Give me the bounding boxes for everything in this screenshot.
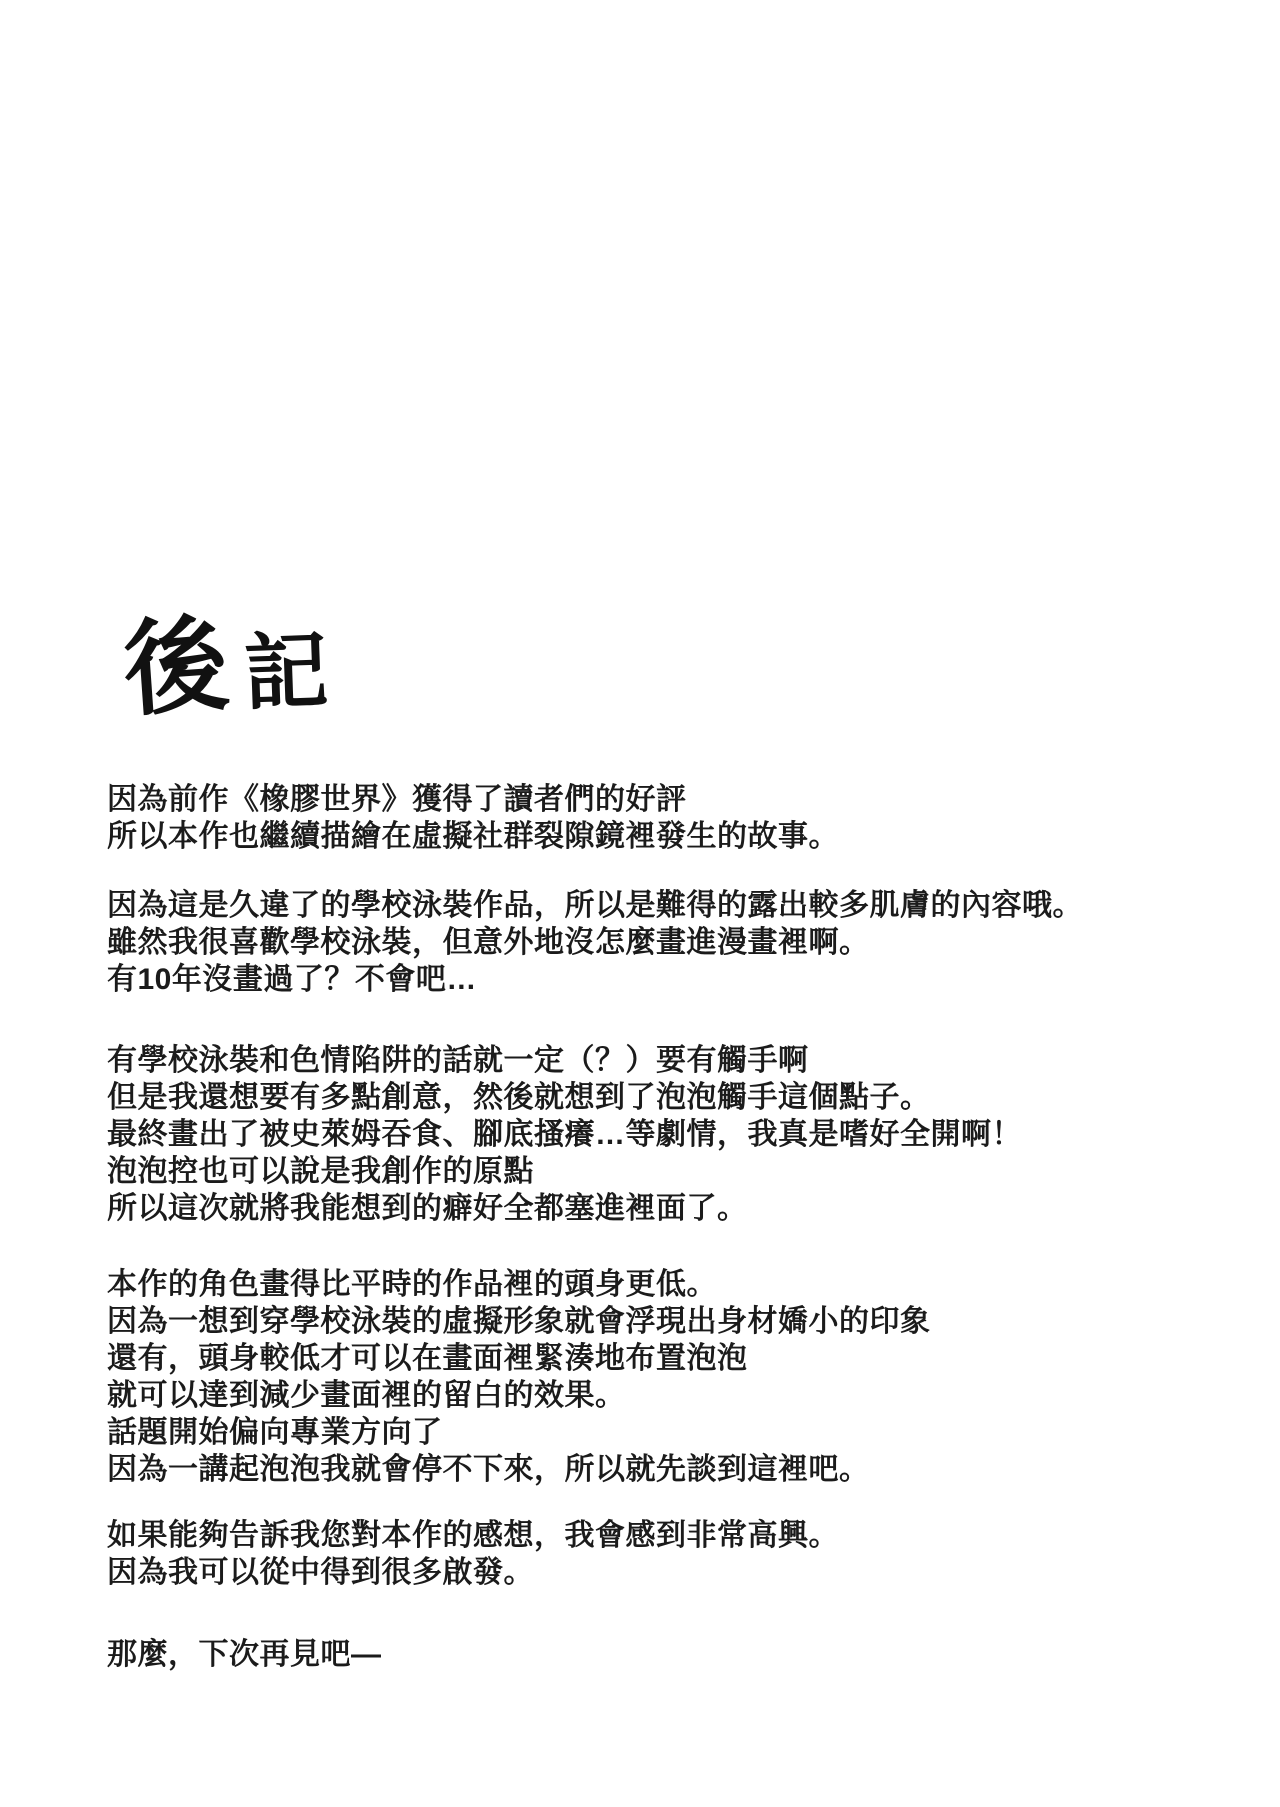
page-title: 後 記: [124, 616, 328, 720]
text-line: 有學校泳裝和色情陷阱的話就一定（？）要有觸手啊: [107, 1042, 1227, 1079]
paragraph: 有學校泳裝和色情陷阱的話就一定（？）要有觸手啊但是我還想要有多點創意，然後就想到…: [107, 1042, 1227, 1227]
text-line: 因為前作《橡膠世界》獲得了讀者們的好評: [107, 781, 1227, 818]
paragraph: 那麼，下次再見吧—: [107, 1636, 1227, 1673]
page-title-char: 記: [243, 629, 330, 716]
text-line: 但是我還想要有多點創意，然後就想到了泡泡觸手這個點子。: [107, 1079, 1227, 1116]
text-line: 所以這次就將我能想到的癖好全都塞進裡面了。: [107, 1190, 1227, 1227]
text-line: 那麼，下次再見吧—: [107, 1636, 1227, 1673]
text-line: 話題開始偏向專業方向了: [107, 1414, 1227, 1451]
text-line: 就可以達到減少畫面裡的留白的效果。: [107, 1377, 1227, 1414]
page-title-char: 後: [120, 612, 231, 723]
paragraph: 因為這是久違了的學校泳裝作品，所以是難得的露出較多肌膚的內容哦。雖然我很喜歡學校…: [107, 887, 1227, 998]
paragraph: 因為前作《橡膠世界》獲得了讀者們的好評所以本作也繼續描繪在虛擬社群裂隙鏡裡發生的…: [107, 781, 1227, 855]
text-line: 最終畫出了被史萊姆吞食、腳底搔癢…等劇情，我真是嗜好全開啊！: [107, 1116, 1227, 1153]
text-line: 還有，頭身較低才可以在畫面裡緊湊地布置泡泡: [107, 1340, 1227, 1377]
text-line: 本作的角色畫得比平時的作品裡的頭身更低。: [107, 1266, 1227, 1303]
text-line: 所以本作也繼續描繪在虛擬社群裂隙鏡裡發生的故事。: [107, 818, 1227, 855]
text-line: 泡泡控也可以說是我創作的原點: [107, 1153, 1227, 1190]
afterword-page: 後 記 因為前作《橡膠世界》獲得了讀者們的好評所以本作也繼續描繪在虛擬社群裂隙鏡…: [0, 0, 1280, 1807]
text-line: 雖然我很喜歡學校泳裝，但意外地沒怎麼畫進漫畫裡啊。: [107, 924, 1227, 961]
text-line: 因為一講起泡泡我就會停不下來，所以就先談到這裡吧。: [107, 1451, 1227, 1488]
text-line: 如果能夠告訴我您對本作的感想，我會感到非常高興。: [107, 1517, 1227, 1554]
text-line: 因為這是久違了的學校泳裝作品，所以是難得的露出較多肌膚的內容哦。: [107, 887, 1227, 924]
paragraph: 如果能夠告訴我您對本作的感想，我會感到非常高興。因為我可以從中得到很多啟發。: [107, 1517, 1227, 1591]
text-line: 因為一想到穿學校泳裝的虛擬形象就會浮現出身材嬌小的印象: [107, 1303, 1227, 1340]
paragraph: 本作的角色畫得比平時的作品裡的頭身更低。因為一想到穿學校泳裝的虛擬形象就會浮現出…: [107, 1266, 1227, 1488]
text-line: 因為我可以從中得到很多啟發。: [107, 1554, 1227, 1591]
text-line: 有10年沒畫過了？不會吧…: [107, 961, 1227, 998]
